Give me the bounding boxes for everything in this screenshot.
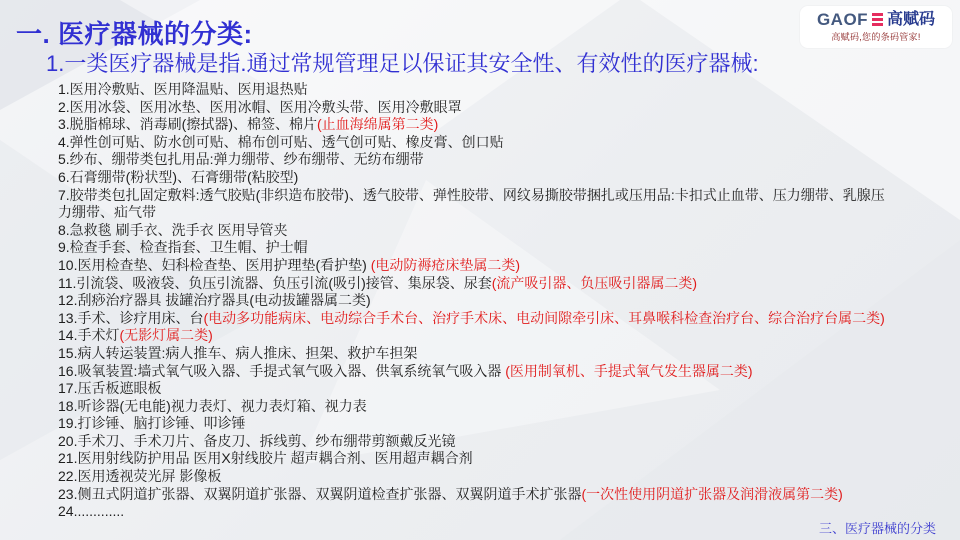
list-text-segment: (流产吸引器、负压吸引器属二类) [492,275,697,291]
list-item: 1.医用冷敷贴、医用降温贴、医用退热贴 [58,81,885,99]
list-item: 18.听诊器(无电能)视力表灯、视力表灯箱、视力表 [58,398,885,416]
list-item: 24............. [58,503,885,521]
list-item: 12.刮痧治疗器具 拔罐治疗器具(电动拔罐器属二类) [58,292,885,310]
list-text-segment: 12.刮痧治疗器具 拔罐治疗器具(电动拔罐器属二类) [58,292,371,308]
list-item: 8.急救毯 刷手衣、洗手衣 医用导管夹 [58,222,885,240]
list-text-segment: 13.手术、诊疗用床、台 [58,310,203,326]
list-text-segment: 5.纱布、绷带类包扎用品:弹力绷带、纱布绷带、无纺布绷带 [58,151,424,167]
list-item: 19.打诊锤、脑打诊锤、叩诊锤 [58,415,885,433]
list-item: 2.医用冰袋、医用冰垫、医用冰帽、医用冷敷头带、医用冷敷眼罩 [58,99,885,117]
list-text-segment: 8.急救毯 刷手衣、洗手衣 医用导管夹 [58,222,287,238]
list-item: 力绷带、疝气带 [58,204,885,222]
list-text-segment: 力绷带、疝气带 [58,204,156,220]
list-item: 21.医用射线防护用品 医用X射线胶片 超声耦合剂、医用超声耦合剂 [58,450,885,468]
list-item: 14.手术灯(无影灯属二类) [58,327,885,345]
brand-logo-latin: GAOF [817,11,868,28]
list-text-segment: 11.引流袋、吸液袋、负压引流器、负压引流(吸引)接管、集尿袋、尿套 [58,275,492,291]
list-item: 15.病人转运装置:病人推车、病人推床、担架、救护车担架 [58,345,885,363]
list-item: 6.石膏绷带(粉状型)、石膏绷带(粘胶型) [58,169,885,187]
list-text-segment: 23.侧丑式阴道扩张器、双翼阴道扩张器、双翼阴道检查扩张器、双翼阴道手术扩张器 [58,486,581,502]
slide-section-label: 三、医疗器械的分类 [819,518,936,537]
list-text-segment: 10.医用检查垫、妇科检查垫、医用护理垫(看护垫) [58,257,371,273]
slide-background: 一. 医疗器械的分类: 1.一类医疗器械是指.通过常规管理足以保证其安全性、有效… [0,0,960,540]
section-subtitle: 1.一类医疗器械是指.通过常规管理足以保证其安全性、有效性的医疗器械: [46,47,759,78]
list-text-segment: 9.检查手套、检查指套、卫生帽、护士帽 [58,239,308,255]
list-text-segment: 14.手术灯 [58,327,119,343]
list-text-segment: (电动多功能病床、电动综合手术台、治疗手术床、电动间隙牵引床、耳鼻喉科检查治疗台… [203,310,884,326]
list-text-segment: (一次性使用阴道扩张器及润滑液属第二类) [581,486,842,502]
list-text-segment: 17.压舌板遮眼板 [58,380,161,396]
list-text-segment: 21.医用射线防护用品 医用X射线胶片 超声耦合剂、医用超声耦合剂 [58,450,473,466]
classification-list: 1.医用冷敷贴、医用降温贴、医用退热贴2.医用冰袋、医用冰垫、医用冰帽、医用冷敷… [58,81,885,521]
list-text-segment: 6.石膏绷带(粉状型)、石膏绷带(粘胶型) [58,169,298,185]
list-item: 16.吸氧装置:墙式氧气吸入器、手提式氧气吸入器、供氧系统氧气吸入器 (医用制氧… [58,363,885,381]
list-text-segment: (电动防褥疮床垫属二类) [371,257,520,273]
list-text-segment: 15.病人转运装置:病人推车、病人推床、担架、救护车担架 [58,345,417,361]
list-text-segment: 1.医用冷敷贴、医用降温贴、医用退热贴 [58,81,308,97]
list-item: 23.侧丑式阴道扩张器、双翼阴道扩张器、双翼阴道检查扩张器、双翼阴道手术扩张器(… [58,486,885,504]
triple-bars-icon [872,13,883,26]
list-item: 20.手术刀、手术刀片、备皮刀、拆线剪、纱布绷带剪额戴反光镜 [58,433,885,451]
list-text-segment: (无影灯属二类) [119,327,212,343]
page-title: 一. 医疗器械的分类: [16,14,253,51]
list-item: 7.胶带类包扎固定敷料:透气胶贴(非织造布胶带)、透气胶带、弹性胶带、网纹易撕胶… [58,187,885,205]
list-text-segment: (医用制氧机、手提式氧气发生器属二类) [505,363,752,379]
list-item: 17.压舌板遮眼板 [58,380,885,398]
list-text-segment: 18.听诊器(无电能)视力表灯、视力表灯箱、视力表 [58,398,367,414]
list-text-segment: 4.弹性创可贴、防水创可贴、棉布创可贴、透气创可贴、橡皮膏、创口贴 [58,134,504,150]
list-text-segment: 24............. [58,503,124,519]
brand-logo: GAOF 高赋码 高赋码,您的条码管家! [800,6,952,48]
list-text-segment: 7.胶带类包扎固定敷料:透气胶贴(非织造布胶带)、透气胶带、弹性胶带、网纹易撕胶… [58,187,885,203]
list-item: 13.手术、诊疗用床、台(电动多功能病床、电动综合手术台、治疗手术床、电动间隙牵… [58,310,885,328]
list-item: 10.医用检查垫、妇科检查垫、医用护理垫(看护垫) (电动防褥疮床垫属二类) [58,257,885,275]
list-item: 11.引流袋、吸液袋、负压引流器、负压引流(吸引)接管、集尿袋、尿套(流产吸引器… [58,275,885,293]
list-text-segment: 16.吸氧装置:墙式氧气吸入器、手提式氧气吸入器、供氧系统氧气吸入器 [58,363,505,379]
list-item: 4.弹性创可贴、防水创可贴、棉布创可贴、透气创可贴、橡皮膏、创口贴 [58,134,885,152]
brand-tagline: 高赋码,您的条码管家! [831,30,920,43]
list-item: 22.医用透视荧光屏 影像板 [58,468,885,486]
brand-logo-row: GAOF 高赋码 [817,11,935,28]
brand-logo-cjk: 高赋码 [887,12,935,28]
list-text-segment: 19.打诊锤、脑打诊锤、叩诊锤 [58,415,245,431]
list-item: 5.纱布、绷带类包扎用品:弹力绷带、纱布绷带、无纺布绷带 [58,151,885,169]
list-item: 9.检查手套、检查指套、卫生帽、护士帽 [58,239,885,257]
list-text-segment: (止血海绵属第二类) [317,116,438,132]
list-text-segment: 22.医用透视荧光屏 影像板 [58,468,221,484]
list-text-segment: 2.医用冰袋、医用冰垫、医用冰帽、医用冷敷头带、医用冷敷眼罩 [58,99,462,115]
list-text-segment: 3.脱脂棉球、消毒刷(擦拭器)、棉签、棉片 [58,116,317,132]
list-text-segment: 20.手术刀、手术刀片、备皮刀、拆线剪、纱布绷带剪额戴反光镜 [58,433,455,449]
list-item: 3.脱脂棉球、消毒刷(擦拭器)、棉签、棉片(止血海绵属第二类) [58,116,885,134]
